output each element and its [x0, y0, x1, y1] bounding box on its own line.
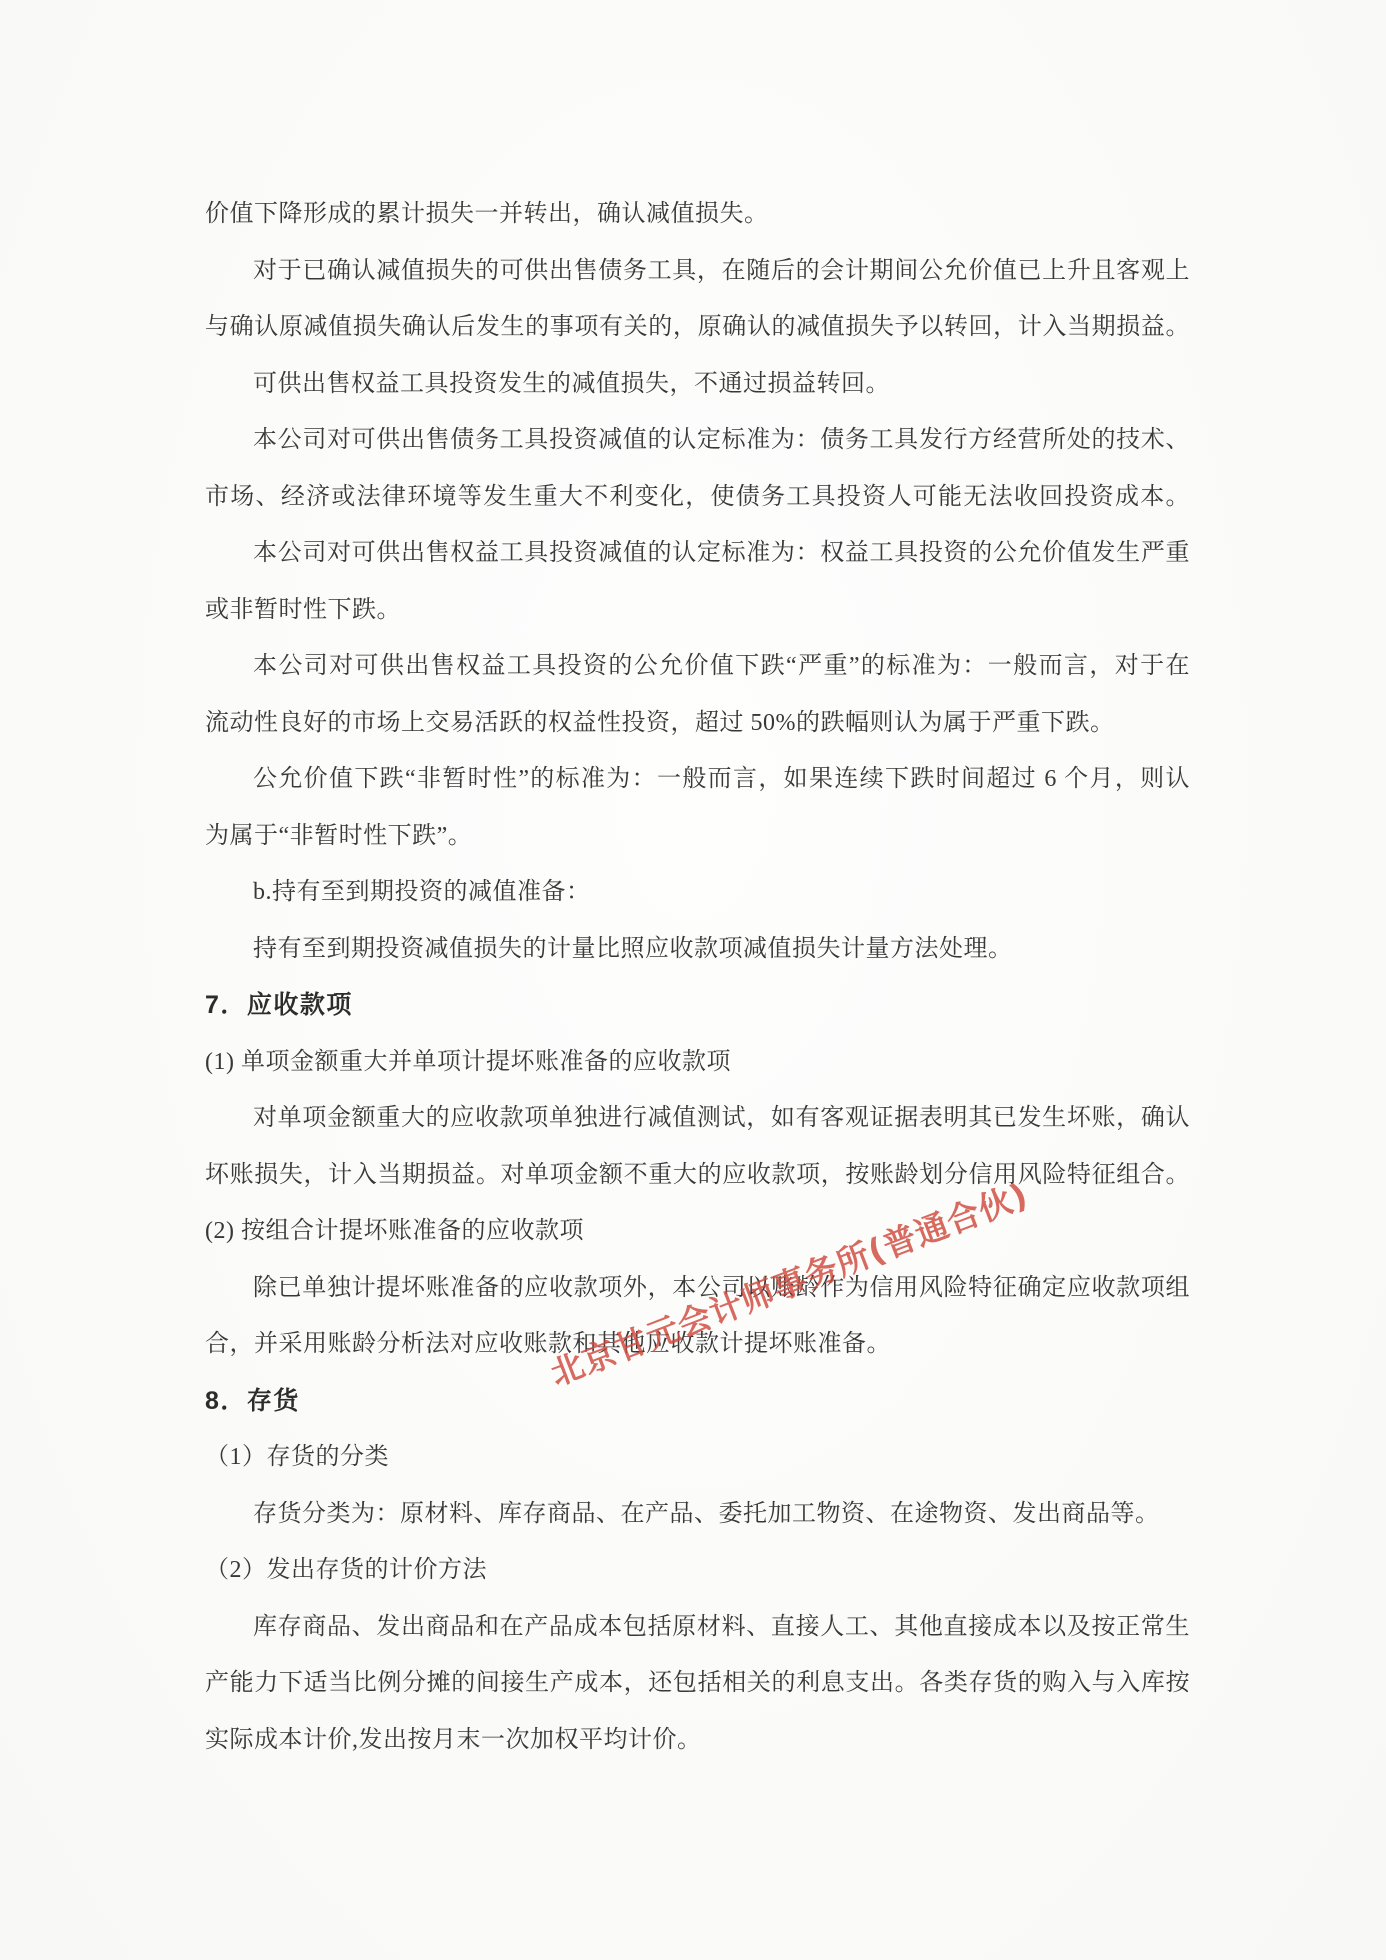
text-line: 存货分类为：原材料、库存商品、在产品、委托加工物资、在途物资、发出商品等。	[205, 1486, 1190, 1543]
text-line: 或非暂时性下跌。	[205, 582, 1190, 639]
text-line: 持有至到期投资减值损失的计量比照应收款项减值损失计量方法处理。	[205, 921, 1190, 978]
text-line: 库存商品、发出商品和在产品成本包括原材料、直接人工、其他直接成本以及按正常生	[205, 1599, 1190, 1656]
text-line: (2) 按组合计提坏账准备的应收款项	[205, 1203, 1190, 1260]
document-body: 价值下降形成的累计损失一并转出，确认减值损失。对于已确认减值损失的可供出售债务工…	[205, 186, 1190, 1768]
text-line: 坏账损失，计入当期损益。对单项金额不重大的应收款项，按账龄划分信用风险特征组合。	[205, 1147, 1190, 1204]
text-line: 与确认原减值损失确认后发生的事项有关的，原确认的减值损失予以转回，计入当期损益。	[205, 299, 1190, 356]
text-line: 实际成本计价,发出按月末一次加权平均计价。	[205, 1712, 1190, 1769]
document-page: 价值下降形成的累计损失一并转出，确认减值损失。对于已确认减值损失的可供出售债务工…	[0, 0, 1386, 1960]
text-line: 公允价值下跌“非暂时性”的标准为：一般而言，如果连续下跌时间超过 6 个月，则认	[205, 751, 1190, 808]
text-line: 可供出售权益工具投资发生的减值损失，不通过损益转回。	[205, 356, 1190, 413]
text-line: （2）发出存货的计价方法	[205, 1542, 1190, 1599]
text-line: 合，并采用账龄分析法对应收账款和其他应收款计提坏账准备。	[205, 1316, 1190, 1373]
text-line: 本公司对可供出售权益工具投资减值的认定标准为：权益工具投资的公允价值发生严重	[205, 525, 1190, 582]
text-line: 对单项金额重大的应收款项单独进行减值测试，如有客观证据表明其已发生坏账，确认	[205, 1090, 1190, 1147]
text-line: （1）存货的分类	[205, 1429, 1190, 1486]
text-line: 除已单独计提坏账准备的应收款项外，本公司以账龄作为信用风险特征确定应收款项组	[205, 1260, 1190, 1317]
text-line: 流动性良好的市场上交易活跃的权益性投资，超过 50%的跌幅则认为属于严重下跌。	[205, 695, 1190, 752]
text-line: 价值下降形成的累计损失一并转出，确认减值损失。	[205, 186, 1190, 243]
text-line: 市场、经济或法律环境等发生重大不利变化，使债务工具投资人可能无法收回投资成本。	[205, 469, 1190, 526]
text-line: 对于已确认减值损失的可供出售债务工具，在随后的会计期间公允价值已上升且客观上	[205, 243, 1190, 300]
text-line: 本公司对可供出售权益工具投资的公允价值下跌“严重”的标准为：一般而言，对于在	[205, 638, 1190, 695]
text-line: b.持有至到期投资的减值准备：	[205, 864, 1190, 921]
text-line: 产能力下适当比例分摊的间接生产成本，还包括相关的利息支出。各类存货的购入与入库按	[205, 1655, 1190, 1712]
section-heading: 7．应收款项	[205, 977, 1190, 1034]
text-line: 本公司对可供出售债务工具投资减值的认定标准为：债务工具发行方经营所处的技术、	[205, 412, 1190, 469]
text-line: (1) 单项金额重大并单项计提坏账准备的应收款项	[205, 1034, 1190, 1091]
text-line: 为属于“非暂时性下跌”。	[205, 808, 1190, 865]
section-heading: 8．存货	[205, 1373, 1190, 1430]
